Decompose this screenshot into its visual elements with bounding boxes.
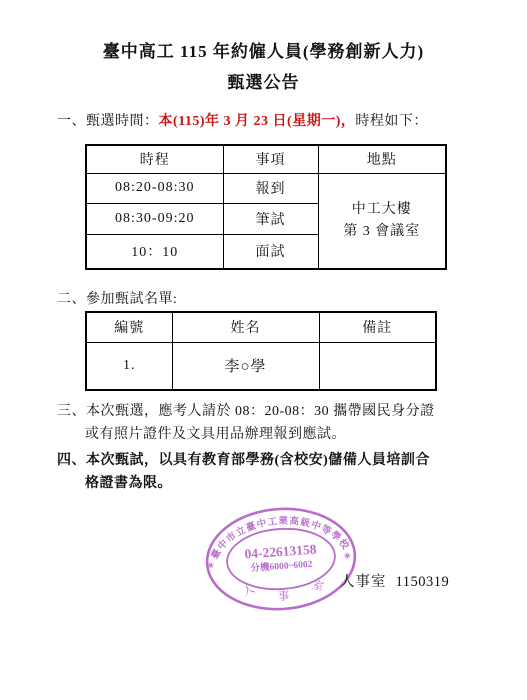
stamp-office-char-3: 室 [311, 577, 326, 594]
schedule-row-checkin: 08:20-08:30 報到 中工大樓 第 3 會議室 [86, 173, 446, 203]
candidate-row: 1. 李○學 [86, 342, 436, 390]
section1-prefix: 一、甄選時間： [57, 114, 159, 129]
location-line2: 第 3 會議室 [319, 221, 446, 243]
candidate-note [319, 342, 436, 390]
section4-line1: 四、本次甄試，以具有教育部學務(含校安)儲備人員培訓合 [57, 449, 430, 472]
stamp-office-char-1: 人 [241, 582, 257, 599]
section-qualification-requirement: 四、本次甄試，以具有教育部學務(含校安)儲備人員培訓合 格證書為限。 [57, 449, 430, 495]
footer-signature: 人事室1150319 [340, 570, 449, 591]
announcement-document: 臺中高工 115 年約僱人員(學務創新人力) 甄選公告 一、甄選時間：本(115… [0, 0, 527, 700]
schedule-time-checkin: 08:20-08:30 [86, 173, 223, 203]
section2-label: 二、參加甄試名單: [57, 292, 177, 307]
candidate-no: 1. [86, 342, 172, 390]
schedule-item-checkin: 報到 [223, 173, 318, 203]
section4-line2: 格證書為限。 [57, 472, 430, 495]
section-candidate-list: 二、參加甄試名單: [57, 288, 177, 311]
section1-date-highlight: 本(115)年 3 月 23 日(星期一)， [159, 114, 356, 129]
section3-line1: 三、本次甄選，應考人請於 08：20-08：30 攜帶國民身分證 [57, 400, 435, 423]
schedule-table: 時程 事項 地點 08:20-08:30 報到 中工大樓 第 3 會議室 08:… [85, 144, 447, 270]
section1-suffix: 時程如下： [355, 114, 428, 129]
schedule-header-row: 時程 事項 地點 [86, 145, 446, 173]
candidate-table: 編號 姓名 備註 1. 李○學 [85, 311, 437, 391]
section-checkin-instructions: 三、本次甄選，應考人請於 08：20-08：30 攜帶國民身分證 或有照片證件及… [57, 400, 435, 446]
schedule-time-interview: 10：10 [86, 234, 223, 269]
stamp-graphic: 臺中市立臺中工業高級中等學校 04-22613158 分機6000~6002 人… [199, 501, 362, 618]
candidate-header-name: 姓名 [172, 312, 319, 342]
candidate-name: 李○學 [172, 342, 319, 390]
document-title: 臺中高工 115 年約僱人員(學務創新人力) 甄選公告 [0, 36, 527, 98]
schedule-time-written-test: 08:30-09:20 [86, 203, 223, 234]
section-selection-time: 一、甄選時間：本(115)年 3 月 23 日(星期一)，時程如下： [57, 110, 428, 133]
stamp-phone-number: 04-22613158 [244, 542, 317, 562]
candidate-header-note: 備註 [319, 312, 436, 342]
flower-icon: ❀ [207, 561, 215, 570]
schedule-header-item: 事項 [223, 145, 318, 173]
candidate-header-row: 編號 姓名 備註 [86, 312, 436, 342]
location-line1: 中工大樓 [319, 199, 446, 221]
document-title-line1: 臺中高工 115 年約僱人員(學務創新人力) [0, 36, 527, 67]
section3-line2: 或有照片證件及文具用品辦理報到應試。 [57, 423, 435, 446]
document-title-line2: 甄選公告 [0, 67, 527, 98]
schedule-header-location: 地點 [318, 145, 446, 173]
schedule-location-cell: 中工大樓 第 3 會議室 [318, 173, 446, 269]
stamp-office-char-2: 事 [277, 588, 290, 603]
schedule-item-written-test: 筆試 [223, 203, 318, 234]
flower-icon: ❀ [344, 551, 352, 560]
footer-doc-number: 1150319 [396, 574, 450, 590]
schedule-item-interview: 面試 [223, 234, 318, 269]
schedule-header-time: 時程 [86, 145, 223, 173]
personnel-office-stamp: 臺中市立臺中工業高級中等學校 04-22613158 分機6000~6002 人… [199, 501, 362, 618]
footer-office-name: 人事室 [340, 574, 387, 590]
candidate-header-no: 編號 [86, 312, 172, 342]
